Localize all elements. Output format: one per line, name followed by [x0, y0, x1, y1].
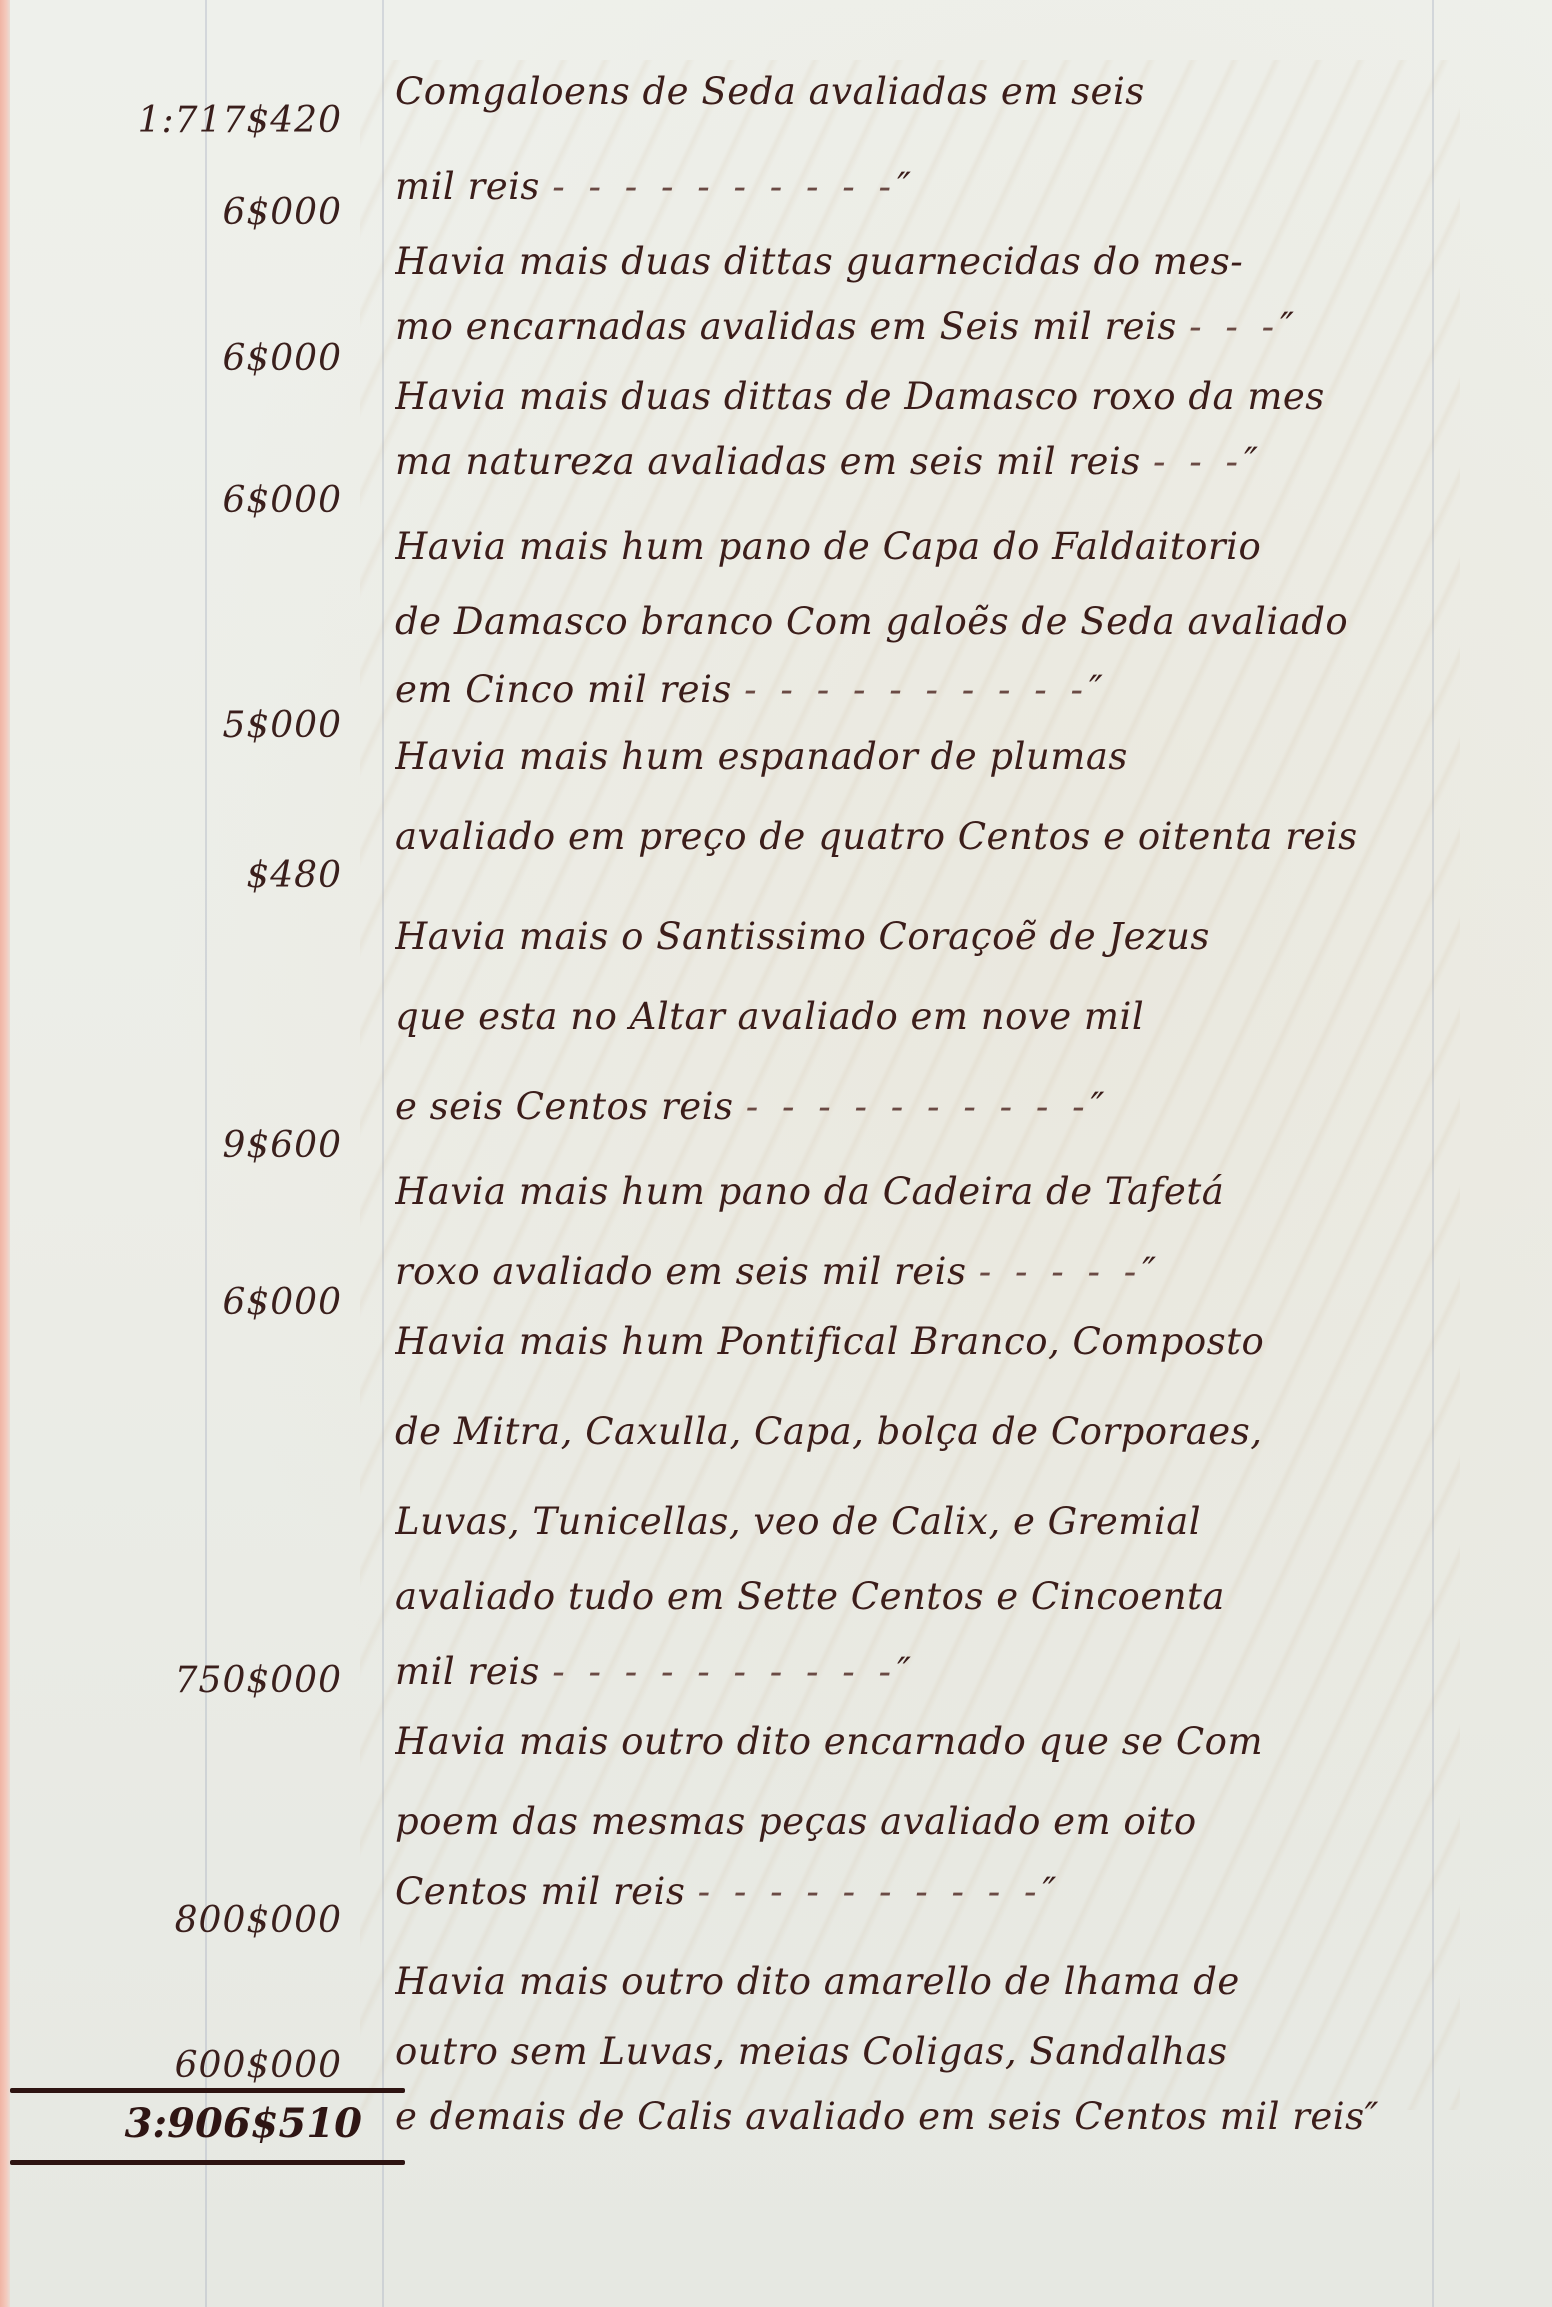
entry-line: poem das mesmas peças avaliado em oito [395, 1800, 1475, 1843]
entry-line: Havia mais duas dittas de Damasco roxo d… [395, 375, 1475, 418]
entry-line: avaliado tudo em Sette Centos e Cincoent… [395, 1575, 1475, 1618]
entry-line: de Mitra, Caxulla, Capa, bolça de Corpor… [395, 1410, 1475, 1453]
entry-line: roxo avaliado em seis mil reis - - - - -… [395, 1250, 1475, 1293]
amount-cell: 800$000 [175, 1900, 342, 1941]
entry-line: avaliado em preço de quatro Centos e oit… [395, 815, 1475, 858]
entry-line: Luvas, Tunicellas, veo de Calix, e Gremi… [395, 1500, 1475, 1543]
entry-line: Havia mais hum espanador de plumas [395, 735, 1475, 778]
entry-line: que esta no Altar avaliado em nove mil [395, 995, 1475, 1038]
entry-line: Havia mais duas dittas guarnecidas do me… [395, 240, 1475, 283]
margin-rule [382, 0, 384, 2307]
amount-cell: 5$000 [222, 705, 342, 746]
page-red-edge [0, 0, 10, 2307]
entry-line: e demais de Calis avaliado em seis Cento… [395, 2095, 1475, 2138]
entry-line: mil reis - - - - - - - - - -″ [395, 1650, 1475, 1693]
entry-line: Havia mais outro dito encarnado que se C… [395, 1720, 1475, 1763]
amount-cell: 600$000 [175, 2045, 342, 2086]
entry-line: Havia mais outro dito amarello de lhama … [395, 1960, 1475, 2003]
grand-total: 3:906$510 [125, 2100, 362, 2147]
entry-line: Comgaloens de Seda avaliadas em seis [395, 70, 1475, 113]
entry-line: Havia mais hum pano da Cadeira de Tafetá [395, 1170, 1475, 1213]
entry-line: mil reis - - - - - - - - - -″ [395, 165, 1475, 208]
ledger-page: 1:717$420 6$000 6$000 6$000 5$000 $480 9… [0, 0, 1552, 2307]
amount-cell: 1:717$420 [138, 100, 342, 141]
amount-cell: 6$000 [222, 192, 342, 233]
amount-cell: $480 [246, 855, 342, 896]
amount-cell: 6$000 [222, 1282, 342, 1323]
entry-line: Havia mais hum pano de Capa do Faldaitor… [395, 525, 1475, 568]
entry-line: e seis Centos reis - - - - - - - - - -″ [395, 1085, 1475, 1128]
entry-line: Havia mais hum Pontifical Branco, Compos… [395, 1320, 1475, 1363]
entry-line: em Cinco mil reis - - - - - - - - - -″ [395, 668, 1475, 711]
entry-line: mo encarnadas avalidas em Seis mil reis … [395, 305, 1475, 348]
amount-cell: 6$000 [222, 480, 342, 521]
entry-line: outro sem Luvas, meias Coligas, Sandalha… [395, 2030, 1475, 2073]
amount-cell: 9$600 [222, 1125, 342, 1166]
total-rule-bottom [10, 2160, 405, 2165]
entry-line: Centos mil reis - - - - - - - - - -″ [395, 1870, 1475, 1913]
amount-cell: 6$000 [222, 338, 342, 379]
entry-line: Havia mais o Santissimo Coraçoẽ de Jezus [395, 915, 1475, 958]
margin-rule [205, 0, 207, 2307]
entry-line: de Damasco branco Com galoẽs de Seda ava… [395, 600, 1475, 643]
total-rule-top [10, 2088, 405, 2093]
amount-cell: 750$000 [175, 1660, 342, 1701]
entry-line: ma natureza avaliadas em seis mil reis -… [395, 440, 1475, 483]
